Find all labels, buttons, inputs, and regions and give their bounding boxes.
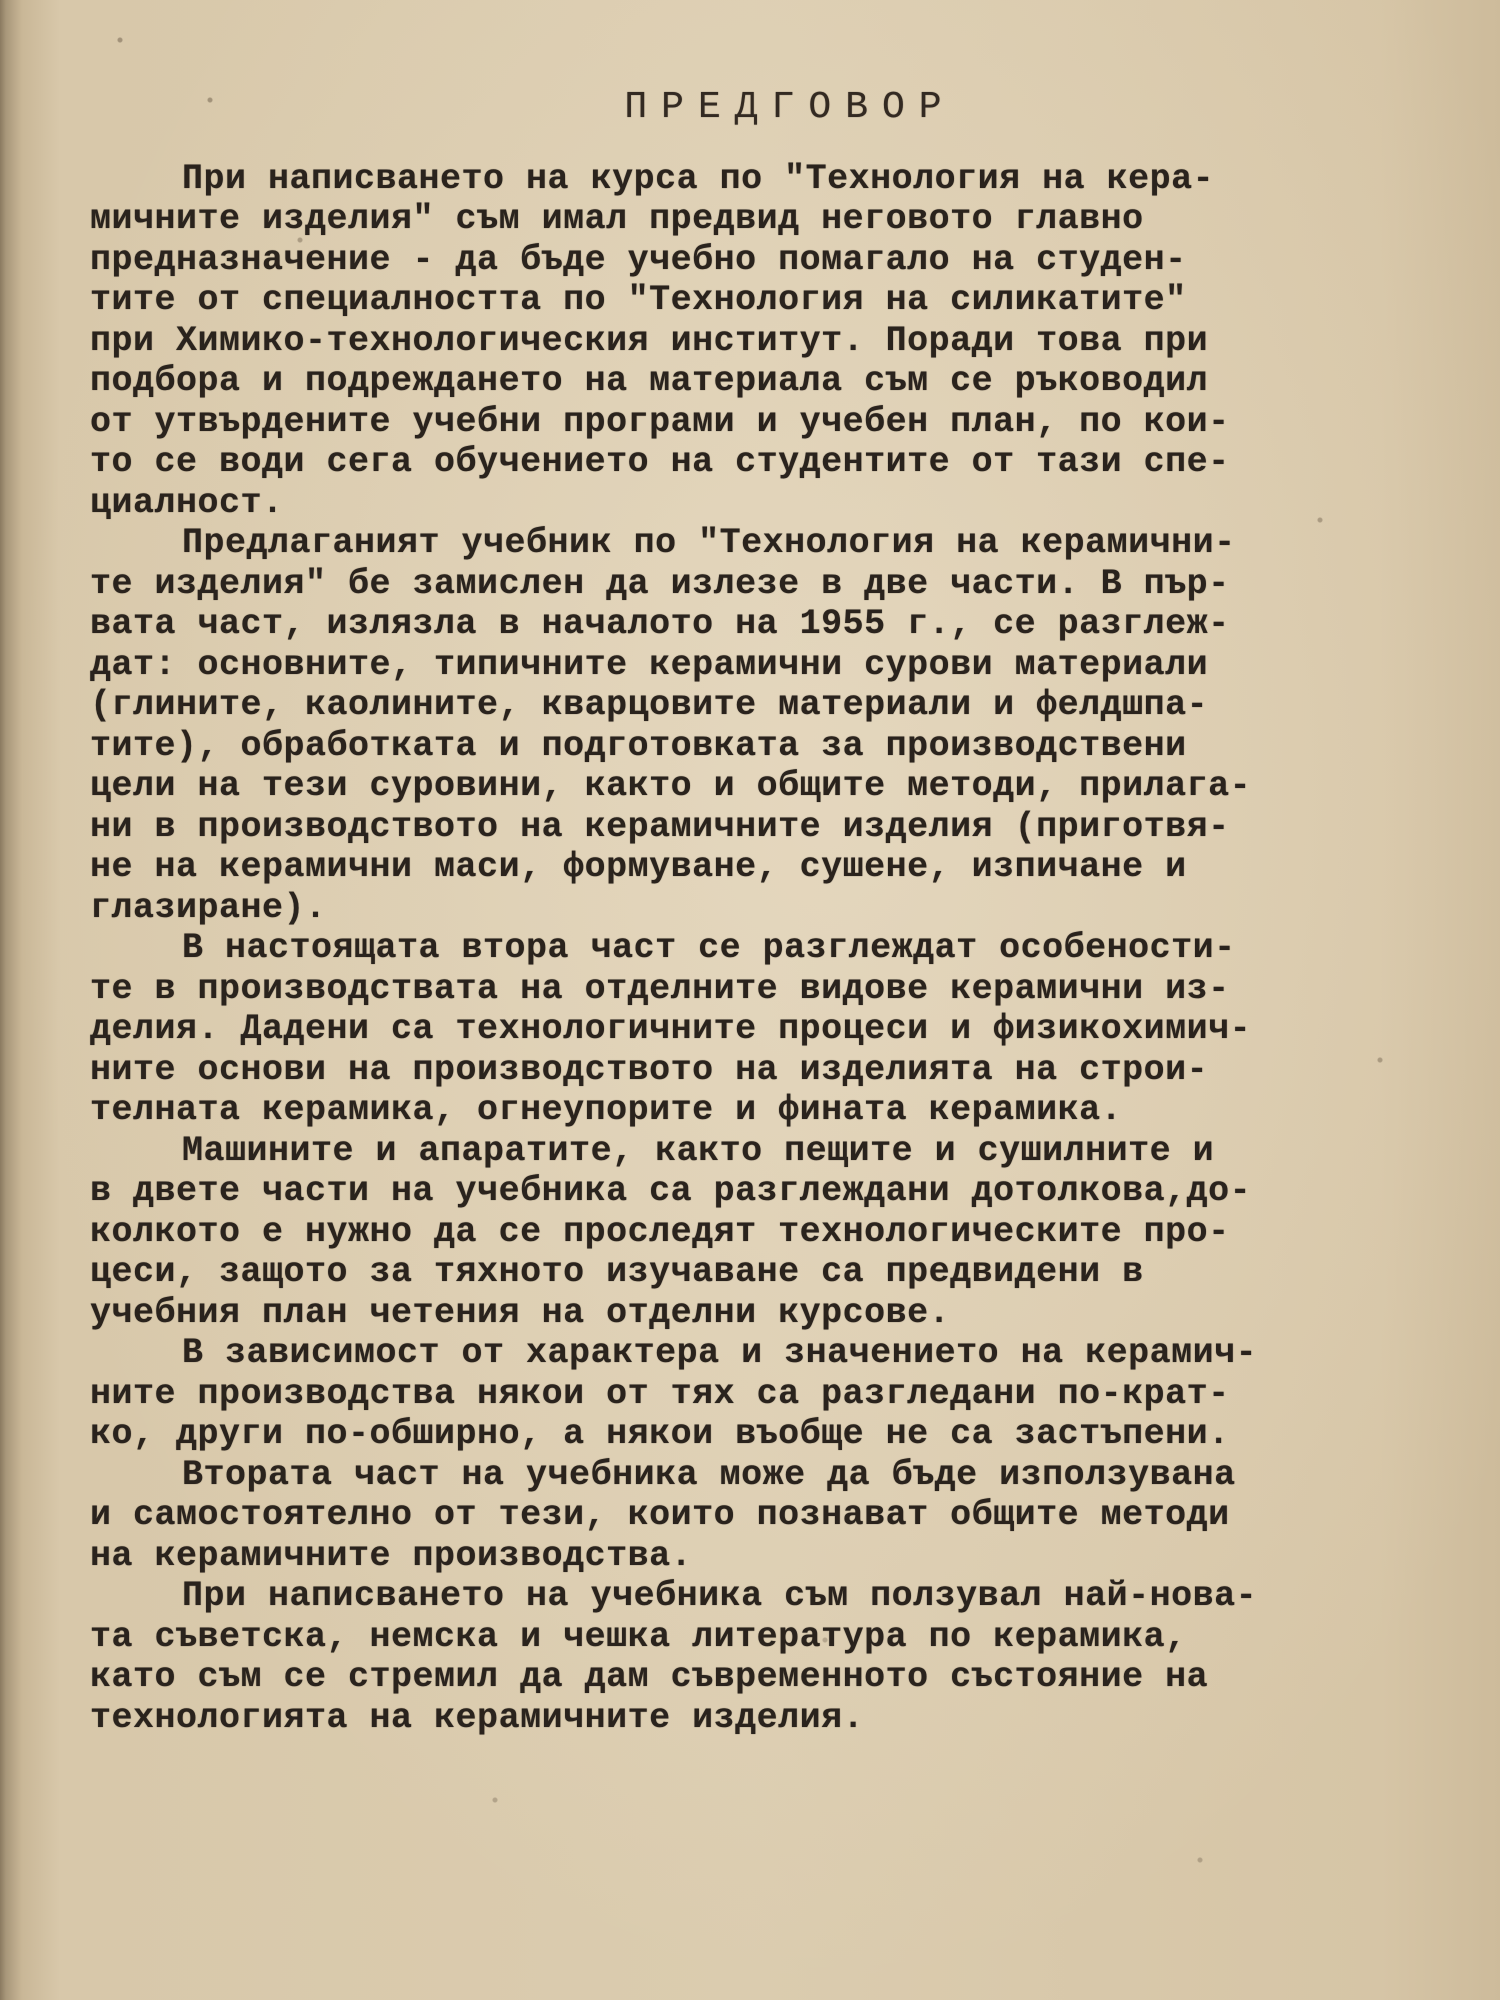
text-line: (глините, каолините, кварцовите материал… <box>90 685 1450 726</box>
text-line: вата част, излязла в началото на 1955 г.… <box>90 604 1450 645</box>
page-title: ПРЕДГОВОР <box>90 88 1450 129</box>
text-line: Втората част на учебника може да бъде из… <box>90 1455 1450 1496</box>
paragraph-3: В настоящата втора част се разглеждат ос… <box>90 928 1450 1131</box>
text-line: При написването на учебника съм ползувал… <box>90 1576 1450 1617</box>
paragraph-2: Предлаганият учебник по "Технология на к… <box>90 523 1450 928</box>
scanned-page: ПРЕДГОВОР При написването на курса по "Т… <box>0 0 1500 2000</box>
text-line: та съветска, немска и чешка литература п… <box>90 1617 1450 1658</box>
text-line: предназначение - да бъде учебно помагало… <box>90 240 1450 281</box>
text-line: ни в производството на керамичните издел… <box>90 807 1450 848</box>
text-line: В зависимост от характера и значението н… <box>90 1333 1450 1374</box>
text-line: учебния план четения на отделни курсове. <box>90 1293 1450 1334</box>
text-line: телната керамика, огнеупорите и фината к… <box>90 1090 1450 1131</box>
typewritten-text: ПРЕДГОВОР При написването на курса по "Т… <box>90 88 1450 1738</box>
text-line: то се води сега обучението на студентите… <box>90 442 1450 483</box>
paragraph-5: В зависимост от характера и значението н… <box>90 1333 1450 1455</box>
text-line: цеси, защото за тяхното изучаване са пре… <box>90 1252 1450 1293</box>
text-line: не на керамични маси, формуване, сушене,… <box>90 847 1450 888</box>
text-line: те в производствата на отделните видове … <box>90 969 1450 1010</box>
text-line: дат: основните, типичните керамични суро… <box>90 645 1450 686</box>
text-line: в двете части на учебника са разглеждани… <box>90 1171 1450 1212</box>
text-line: при Химико-технологическия институт. Пор… <box>90 321 1450 362</box>
text-line: глазиране). <box>90 888 1450 929</box>
text-line: те изделия" бе замислен да излезе в две … <box>90 564 1450 605</box>
text-line: технологията на керамичните изделия. <box>90 1698 1450 1739</box>
text-line: ните производства някои от тях са разгле… <box>90 1374 1450 1415</box>
text-line: и самостоятелно от тези, които познават … <box>90 1495 1450 1536</box>
text-line: мичните изделия" съм имал предвид негово… <box>90 199 1450 240</box>
text-line: тите от специалността по "Технология на … <box>90 280 1450 321</box>
text-line: В настоящата втора част се разглеждат ос… <box>90 928 1450 969</box>
text-line: като съм се стремил да дам съвременното … <box>90 1657 1450 1698</box>
text-line: от утвърдените учебни програми и учебен … <box>90 402 1450 443</box>
text-line: цели на тези суровини, както и общите ме… <box>90 766 1450 807</box>
text-line: колкото е нужно да се проследят технолог… <box>90 1212 1450 1253</box>
text-line: ните основи на производството на изделия… <box>90 1050 1450 1091</box>
text-line: делия. Дадени са технологичните процеси … <box>90 1009 1450 1050</box>
text-line: тите), обработката и подготовката за про… <box>90 726 1450 767</box>
paragraph-6: Втората част на учебника може да бъде из… <box>90 1455 1450 1577</box>
text-line: на керамичните производства. <box>90 1536 1450 1577</box>
text-line: подбора и подреждането на материала съм … <box>90 361 1450 402</box>
paragraph-7: При написването на учебника съм ползувал… <box>90 1576 1450 1738</box>
text-line: Предлаганият учебник по "Технология на к… <box>90 523 1450 564</box>
text-line: Машините и апаратите, както пещите и суш… <box>90 1131 1450 1172</box>
text-line: циалност. <box>90 483 1450 524</box>
paragraph-4: Машините и апаратите, както пещите и суш… <box>90 1131 1450 1334</box>
paragraph-1: При написването на курса по "Технология … <box>90 159 1450 524</box>
text-line: ко, други по-обширно, а някои въобще не … <box>90 1414 1450 1455</box>
text-line: При написването на курса по "Технология … <box>90 159 1450 200</box>
